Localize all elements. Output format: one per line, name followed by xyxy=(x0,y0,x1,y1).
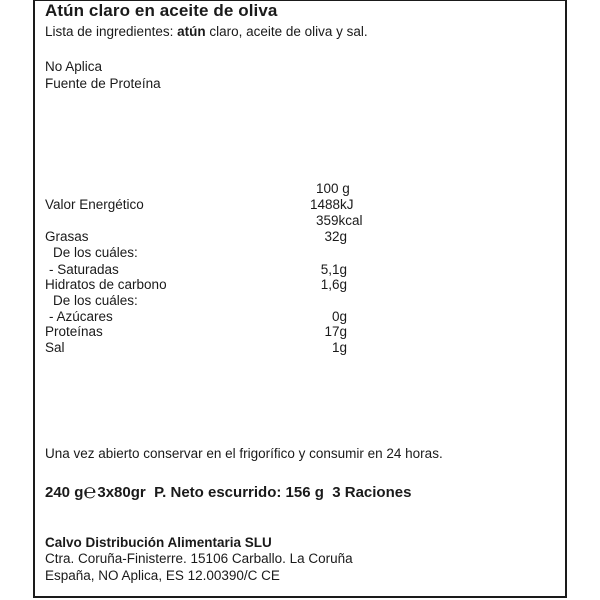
ingredients-list: Lista de ingredientes: atún claro, aceit… xyxy=(45,24,368,39)
nutrition-row-label: Valor Energético xyxy=(45,197,144,212)
company-registry: España, NO Aplica, ES 12.00390/C CE xyxy=(45,568,280,583)
ingredients-allergen: atún xyxy=(177,24,206,39)
nutrition-row-label: De los cuáles: xyxy=(53,293,138,308)
estimated-sign-icon: ℮ xyxy=(84,481,97,504)
nutrition-row-label: - Azúcares xyxy=(49,309,113,324)
nutrition-column-header: 100 g xyxy=(316,181,350,196)
net-weight: 240 g xyxy=(45,484,83,501)
nutrition-row-label: Sal xyxy=(45,340,65,355)
drained-weight: P. Neto escurrido: 156 g xyxy=(154,484,324,501)
product-title: Atún claro en aceite de oliva xyxy=(45,1,277,21)
nutrition-row-value: 1g xyxy=(332,340,347,355)
ingredients-rest: claro, aceite de oliva y sal. xyxy=(206,24,368,39)
nutrition-row-value: 1,6g xyxy=(321,277,347,292)
nutrition-row-value: 359kcal xyxy=(316,213,363,228)
company-address: Ctra. Coruña-Finisterre. 15106 Carballo.… xyxy=(45,551,353,566)
nutrition-row-label: Hidratos de carbono xyxy=(45,277,167,292)
nutrition-row-label: Grasas xyxy=(45,229,89,244)
nutrition-row-value: 5,1g xyxy=(321,262,347,277)
company-name: Calvo Distribución Alimentaria SLU xyxy=(45,535,272,550)
nutrition-row-label: De los cuáles: xyxy=(53,245,138,260)
servings: 3 Raciones xyxy=(332,484,411,501)
nutrition-row-value: 17g xyxy=(324,324,347,339)
storage-instructions: Una vez abierto conservar en el frigoríf… xyxy=(45,446,443,461)
nutrition-row-label: - Saturadas xyxy=(49,262,119,277)
nutrition-claim: Fuente de Proteína xyxy=(45,76,161,91)
nutrition-row-label: Proteínas xyxy=(45,324,103,339)
no-aplica-text: No Aplica xyxy=(45,59,102,74)
nutrition-row-value: 32g xyxy=(324,229,347,244)
unit-count: 3x80gr xyxy=(97,484,145,501)
ingredients-prefix: Lista de ingredientes: xyxy=(45,24,177,39)
nutrition-row-value: 0g xyxy=(332,309,347,324)
nutrition-row-value: 1488kJ xyxy=(310,197,354,212)
net-weight-line: 240 g℮3x80gr P. Neto escurrido: 156 g 3 … xyxy=(45,481,411,504)
